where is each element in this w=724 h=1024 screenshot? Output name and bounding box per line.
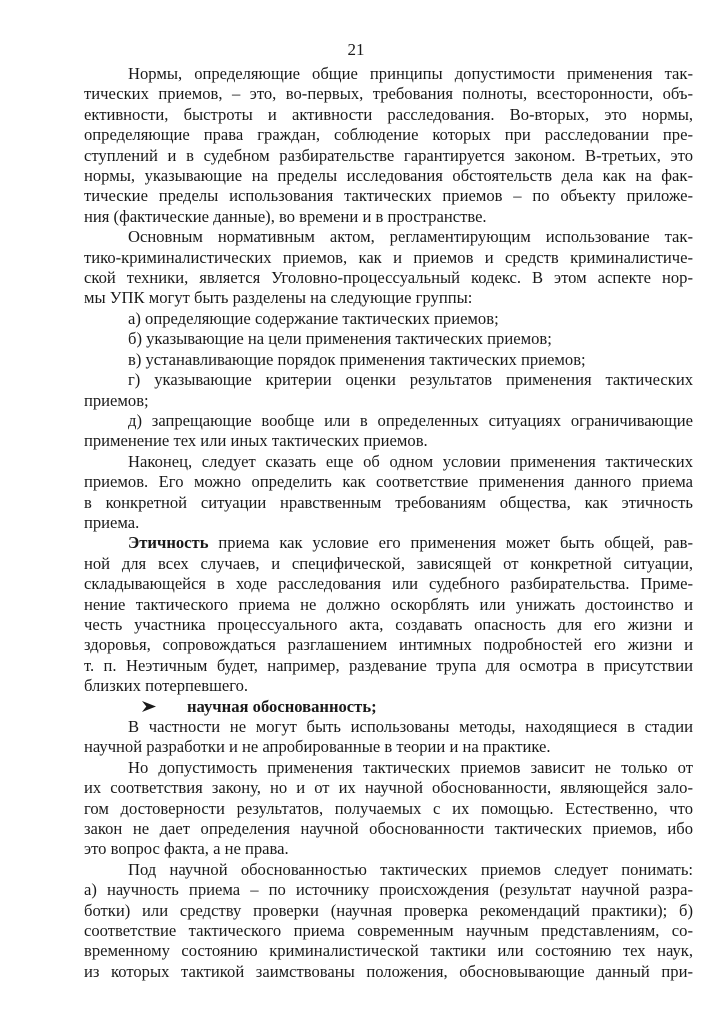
paragraph: Основным нормативным актом, регламентиру… <box>84 227 693 309</box>
text-line: гом достоверности результатов, получаемы… <box>84 799 693 819</box>
text-line: Основным нормативным актом, регламентиру… <box>84 227 693 247</box>
text-line: В частности не могут быть использованы м… <box>84 717 693 737</box>
text-line: мы УПК могут быть разделены на следующие… <box>84 288 693 308</box>
text-line: ной для всех случаев, и специфической, з… <box>84 554 693 574</box>
text-line: ботки) или средству проверки (научная пр… <box>84 901 693 921</box>
paragraph: Но допустимость применения тактических п… <box>84 758 693 860</box>
paragraph: в) устанавливающие порядок применения та… <box>84 350 693 370</box>
text-line: честь участника процессуального акта, со… <box>84 615 693 635</box>
text-line: временному состоянию криминалистической … <box>84 941 693 961</box>
text-line: нение тактического приема не должно оско… <box>84 595 693 615</box>
text-line: близких потерпевшего. <box>84 676 693 696</box>
text-line: ективности, быстроты и активности рассле… <box>84 105 693 125</box>
bullet-label: научная обоснованность; <box>187 697 377 716</box>
text-line: приемов. Его можно определить как соотве… <box>84 472 693 492</box>
text-line: тико-криминалистических приемов, как и п… <box>84 248 693 268</box>
text-line: ступлений и в судебном разбирательстве г… <box>84 146 693 166</box>
arrowhead-right-icon <box>142 697 187 717</box>
bullet-item: научная обоснованность; <box>84 697 693 717</box>
paragraph: г) указывающие критерии оценки результат… <box>84 370 693 411</box>
text-line: приемов; <box>84 391 693 411</box>
bullet-line: научная обоснованность; <box>84 697 693 717</box>
text-line: в) устанавливающие порядок применения та… <box>84 350 693 370</box>
text-line: т. п. Неэтичным будет, например, раздева… <box>84 656 693 676</box>
text-line: из которых тактикой заимствованы положен… <box>84 962 693 982</box>
page-number: 21 <box>0 40 712 60</box>
text-line: Этичность приема как условие его примене… <box>84 533 693 553</box>
document-page: 21 Нормы, определяющие общие принципы до… <box>0 0 724 1024</box>
text-line: Но допустимость применения тактических п… <box>84 758 693 778</box>
paragraph: Этичность приема как условие его примене… <box>84 533 693 696</box>
paragraph: Нормы, определяющие общие принципы допус… <box>84 64 693 227</box>
text-line: соответствие тактического приема совреме… <box>84 921 693 941</box>
text-line: в конкретной ситуации нравственным требо… <box>84 493 693 513</box>
text-line: приема. <box>84 513 693 533</box>
paragraph: В частности не могут быть использованы м… <box>84 717 693 758</box>
text-line: Наконец, следует сказать еще об одном ус… <box>84 452 693 472</box>
text-line: это вопрос факта, а не права. <box>84 839 693 859</box>
text-line: научной разработки и не апробированные в… <box>84 737 693 757</box>
text-line: г) указывающие критерии оценки результат… <box>84 370 693 390</box>
paragraph: б) указывающие на цели применения тактич… <box>84 329 693 349</box>
paragraph: Под научной обоснованностью тактических … <box>84 860 693 982</box>
text-block: Нормы, определяющие общие принципы допус… <box>84 64 693 982</box>
text-line: складывающейся в ходе расследования или … <box>84 574 693 594</box>
text-line: б) указывающие на цели применения тактич… <box>84 329 693 349</box>
paragraph: Наконец, следует сказать еще об одном ус… <box>84 452 693 534</box>
text-line: а) научность приема – по источнику проис… <box>84 880 693 900</box>
text-line: закон не дает определения научной обосно… <box>84 819 693 839</box>
paragraph: д) запрещающие вообще или в определенных… <box>84 411 693 452</box>
text-line: нормы, указывающие на пределы исследован… <box>84 166 693 186</box>
text-line: а) определяющие содержание тактических п… <box>84 309 693 329</box>
text-line: применение тех или иных тактических прие… <box>84 431 693 451</box>
text-line: Нормы, определяющие общие принципы допус… <box>84 64 693 84</box>
text-line: ния (фактические данные), во времени и в… <box>84 207 693 227</box>
text-line: определяющие права граждан, соблюдение к… <box>84 125 693 145</box>
text-line: здоровья, сопровождаться разглашением ин… <box>84 635 693 655</box>
text-line: тических приемов, – это, во-первых, треб… <box>84 84 693 104</box>
text-line: ской техники, является Уголовно-процессу… <box>84 268 693 288</box>
paragraph: а) определяющие содержание тактических п… <box>84 309 693 329</box>
text-line: их соответствия закону, но и от их научн… <box>84 778 693 798</box>
text-line: тические пределы использования тактическ… <box>84 186 693 206</box>
text-line: Под научной обоснованностью тактических … <box>84 860 693 880</box>
text-line: д) запрещающие вообще или в определенных… <box>84 411 693 431</box>
